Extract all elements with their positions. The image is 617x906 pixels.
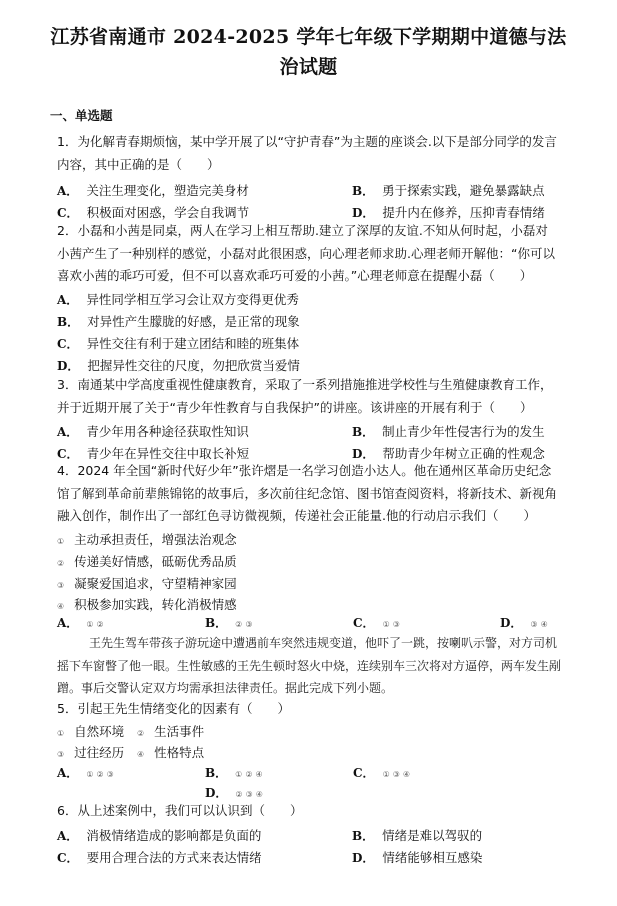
option-letter: B． (205, 766, 227, 780)
option-text: 消极情绪造成的影响都是负面的 (86, 828, 261, 843)
option-letter: C． (57, 337, 79, 351)
option-text: 情绪能够相互感染 (382, 850, 482, 865)
option-letter: D． (352, 206, 374, 220)
question-1-option-a: A．关注生理变化，塑造完美身材 (57, 181, 249, 199)
option-text: ①②④ (235, 770, 266, 779)
circled-number-icon: ① (57, 729, 64, 738)
option-text: ①③ (383, 620, 403, 629)
statement-text: 传递美好情感，砥砺优秀品质 (74, 554, 237, 569)
question-5-option-d: D．②③④ (205, 784, 266, 801)
question-6-option-b: B．情绪是难以驾驭的 (352, 826, 482, 844)
question-number: 4． (57, 463, 77, 478)
question-6-option-d: D．情绪能够相互感染 (352, 848, 482, 866)
question-text: 从上述案例中，我们可以认识到（ ） (77, 803, 302, 818)
option-letter: B． (205, 616, 227, 630)
option-letter: A． (57, 425, 78, 439)
question-4-option-b: B．②③ (205, 614, 256, 631)
option-letter: A． (57, 616, 78, 630)
question-4-option-a: A．①② (57, 614, 107, 631)
option-text: 把握异性交往的尺度，勿把欣赏当爱情 (87, 358, 300, 373)
option-letter: D． (205, 786, 227, 800)
question-4-statement-1: ①主动承担责任，增强法治观念 (57, 530, 237, 548)
question-2-option-c: C．异性交往有利于建立团结和睦的班集体 (57, 334, 299, 352)
option-text: ①③④ (383, 770, 414, 779)
option-text: ②③ (235, 620, 255, 629)
question-3-option-a: A．青少年用各种途径获取性知识 (57, 422, 249, 440)
question-1-option-c: C．积极面对困惑，学会自我调节 (57, 203, 249, 221)
question-5-stem: 5．引起王先生情绪变化的因素有（ ） (57, 698, 557, 721)
statement-text: 性格特点 (154, 745, 204, 760)
option-text: 帮助青少年树立正确的性观念 (382, 446, 545, 461)
statement-text: 生活事件 (154, 724, 204, 739)
question-5-statement-4: ④性格特点 (137, 743, 204, 761)
question-2-option-d: D．把握异性交往的尺度，勿把欣赏当爱情 (57, 356, 300, 374)
document-title: 江苏省南通市 2024-2025 学年七年级下学期期中道德与法 治试题 (40, 22, 577, 82)
question-2-option-b: B．对异性产生朦胧的好感，是正常的现象 (57, 312, 300, 330)
question-5-option-a: A．①②③ (57, 764, 117, 781)
question-3-stem: 3．南通某中学高度重视性健康教育，采取了一系列措施推进学校性与生殖健康教育工作，… (57, 374, 557, 419)
question-text: 为化解青春期烦恼，某中学开展了以“守护青春”为主题的座谈会.以下是部分同学的发言… (57, 134, 557, 172)
option-text: 异性交往有利于建立团结和睦的班集体 (87, 336, 300, 351)
option-letter: C． (353, 766, 375, 780)
option-text: 异性同学相互学习会让双方变得更优秀 (86, 292, 299, 307)
question-5-option-b: B．①②④ (205, 764, 266, 781)
question-1-stem: 1．为化解青春期烦恼，某中学开展了以“守护青春”为主题的座谈会.以下是部分同学的… (57, 131, 557, 176)
option-letter: D． (352, 447, 374, 461)
question-6-option-a: A．消极情绪造成的影响都是负面的 (57, 826, 261, 844)
title-line-1: 江苏省南通市 2024-2025 学年七年级下学期期中道德与法 (40, 22, 577, 52)
option-letter: D． (352, 851, 374, 865)
question-5-statement-3: ③过往经历 (57, 743, 124, 761)
option-text: ③④ (530, 620, 550, 629)
option-text: 对异性产生朦胧的好感，是正常的现象 (87, 314, 300, 329)
option-text: 青少年在异性交往中取长补短 (87, 446, 250, 461)
option-letter: C． (353, 616, 375, 630)
option-text: 勇于探索实践，避免暴露缺点 (382, 183, 545, 198)
question-3-option-b: B．制止青少年性侵害行为的发生 (352, 422, 545, 440)
option-letter: B． (352, 829, 374, 843)
question-2-option-a: A．异性同学相互学习会让双方变得更优秀 (57, 290, 299, 308)
option-text: 青少年用各种途径获取性知识 (86, 424, 249, 439)
statement-text: 凝聚爱国追求，守望精神家园 (74, 576, 237, 591)
option-text: ①②③ (86, 770, 117, 779)
case-passage: 王先生驾车带孩子游玩途中遭遇前车突然违规变道，他吓了一跳，按喇叭示警，对方司机摇… (57, 632, 562, 700)
question-5-statement-2: ②生活事件 (137, 722, 204, 740)
question-5-option-c: C．①③④ (353, 764, 413, 781)
circled-number-icon: ② (57, 559, 64, 568)
option-text: 制止青少年性侵害行为的发生 (382, 424, 545, 439)
question-5-statement-1: ①自然环境 (57, 722, 124, 740)
circled-number-icon: ① (57, 537, 64, 546)
option-letter: C． (57, 206, 79, 220)
circled-number-icon: ④ (57, 602, 64, 611)
question-text: 2024 年全国“新时代好少年”张许熠是一名学习创造小达人。他在通州区革命历史纪… (57, 463, 557, 523)
option-letter: A． (57, 829, 78, 843)
option-text: 关注生理变化，塑造完美身材 (86, 183, 249, 198)
circled-number-icon: ③ (57, 581, 64, 590)
option-letter: B． (352, 425, 374, 439)
option-letter: C． (57, 447, 79, 461)
option-text: 提升内在修养，压抑青春情绪 (382, 205, 545, 220)
option-letter: A． (57, 766, 78, 780)
question-4-stem: 4．2024 年全国“新时代好少年”张许熠是一名学习创造小达人。他在通州区革命历… (57, 460, 557, 528)
section-heading: 一、单选题 (50, 106, 113, 124)
title-line-2: 治试题 (40, 52, 577, 82)
question-2-stem: 2．小磊和小茜是同桌，两人在学习上相互帮助.建立了深厚的友谊.不知从何时起，小磊… (57, 220, 557, 288)
question-1-option-b: B．勇于探索实践，避免暴露缺点 (352, 181, 545, 199)
question-4-statement-4: ④积极参加实践，转化消极情感 (57, 595, 237, 613)
option-text: 积极面对困惑，学会自我调节 (87, 205, 250, 220)
question-number: 2． (57, 223, 77, 238)
circled-number-icon: ② (137, 729, 144, 738)
option-letter: A． (57, 293, 78, 307)
option-text: ②③④ (235, 790, 266, 799)
option-text: 要用合理合法的方式来表达情绪 (87, 850, 262, 865)
question-number: 1． (57, 134, 77, 149)
option-letter: C． (57, 851, 79, 865)
exam-page: 江苏省南通市 2024-2025 学年七年级下学期期中道德与法 治试题 一、单选… (0, 0, 617, 906)
question-text: 南通某中学高度重视性健康教育，采取了一系列措施推进学校性与生殖健康教育工作，并于… (57, 377, 552, 415)
option-letter: A． (57, 184, 78, 198)
question-number: 3． (57, 377, 77, 392)
option-letter: B． (57, 315, 79, 329)
question-text: 引起王先生情绪变化的因素有（ ） (77, 701, 290, 716)
question-6-option-c: C．要用合理合法的方式来表达情绪 (57, 848, 262, 866)
question-1-option-d: D．提升内在修养，压抑青春情绪 (352, 203, 545, 221)
circled-number-icon: ④ (137, 750, 144, 759)
question-6-stem: 6．从上述案例中，我们可以认识到（ ） (57, 800, 557, 823)
option-text: 情绪是难以驾驭的 (382, 828, 482, 843)
statement-text: 过往经历 (74, 745, 124, 760)
question-4-option-d: D．③④ (500, 614, 551, 631)
question-number: 6． (57, 803, 77, 818)
question-4-option-c: C．①③ (353, 614, 403, 631)
statement-text: 积极参加实践，转化消极情感 (74, 597, 237, 612)
circled-number-icon: ③ (57, 750, 64, 759)
option-letter: D． (57, 359, 79, 373)
option-letter: B． (352, 184, 374, 198)
question-4-statement-2: ②传递美好情感，砥砺优秀品质 (57, 552, 237, 570)
question-number: 5． (57, 701, 77, 716)
question-4-statement-3: ③凝聚爱国追求，守望精神家园 (57, 574, 237, 592)
statement-text: 自然环境 (74, 724, 124, 739)
statement-text: 主动承担责任，增强法治观念 (74, 532, 237, 547)
option-letter: D． (500, 616, 522, 630)
question-text: 小磊和小茜是同桌，两人在学习上相互帮助.建立了深厚的友谊.不知从何时起，小磊对小… (57, 223, 555, 283)
option-text: ①② (86, 620, 106, 629)
